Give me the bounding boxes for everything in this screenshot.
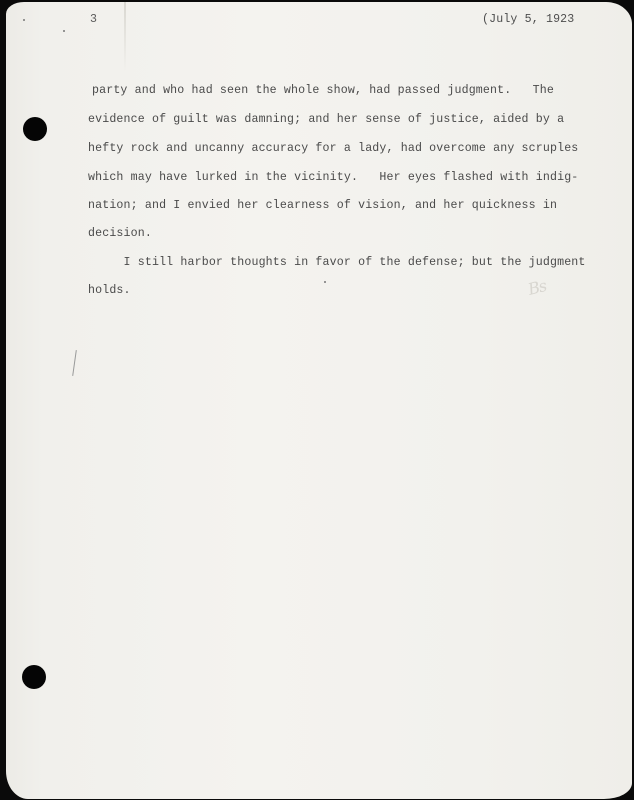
punch-hole-bottom <box>22 665 46 689</box>
body-line: evidence of guilt was damning; and her s… <box>88 113 564 126</box>
body-line: nation; and I envied her clearness of vi… <box>88 199 557 212</box>
body-line: hefty rock and uncanny accuracy for a la… <box>88 142 578 155</box>
paper-crease <box>124 2 126 72</box>
page-number: 3 <box>90 13 97 26</box>
speck-mark <box>23 19 25 21</box>
body-line: which may have lurked in the vicinity. H… <box>88 171 578 184</box>
body-line: decision. <box>88 227 152 240</box>
body-line: party and who had seen the whole show, h… <box>92 84 554 97</box>
document-date: (July 5, 1923 <box>482 13 574 26</box>
body-line: I still harbor thoughts in favor of the … <box>88 256 586 269</box>
scanned-document: 3 (July 5, 1923 party and who had seen t… <box>0 0 634 800</box>
punch-hole-top <box>23 117 47 141</box>
speck-mark <box>63 30 65 32</box>
speck-mark <box>324 281 326 283</box>
body-line: holds. <box>88 284 131 297</box>
